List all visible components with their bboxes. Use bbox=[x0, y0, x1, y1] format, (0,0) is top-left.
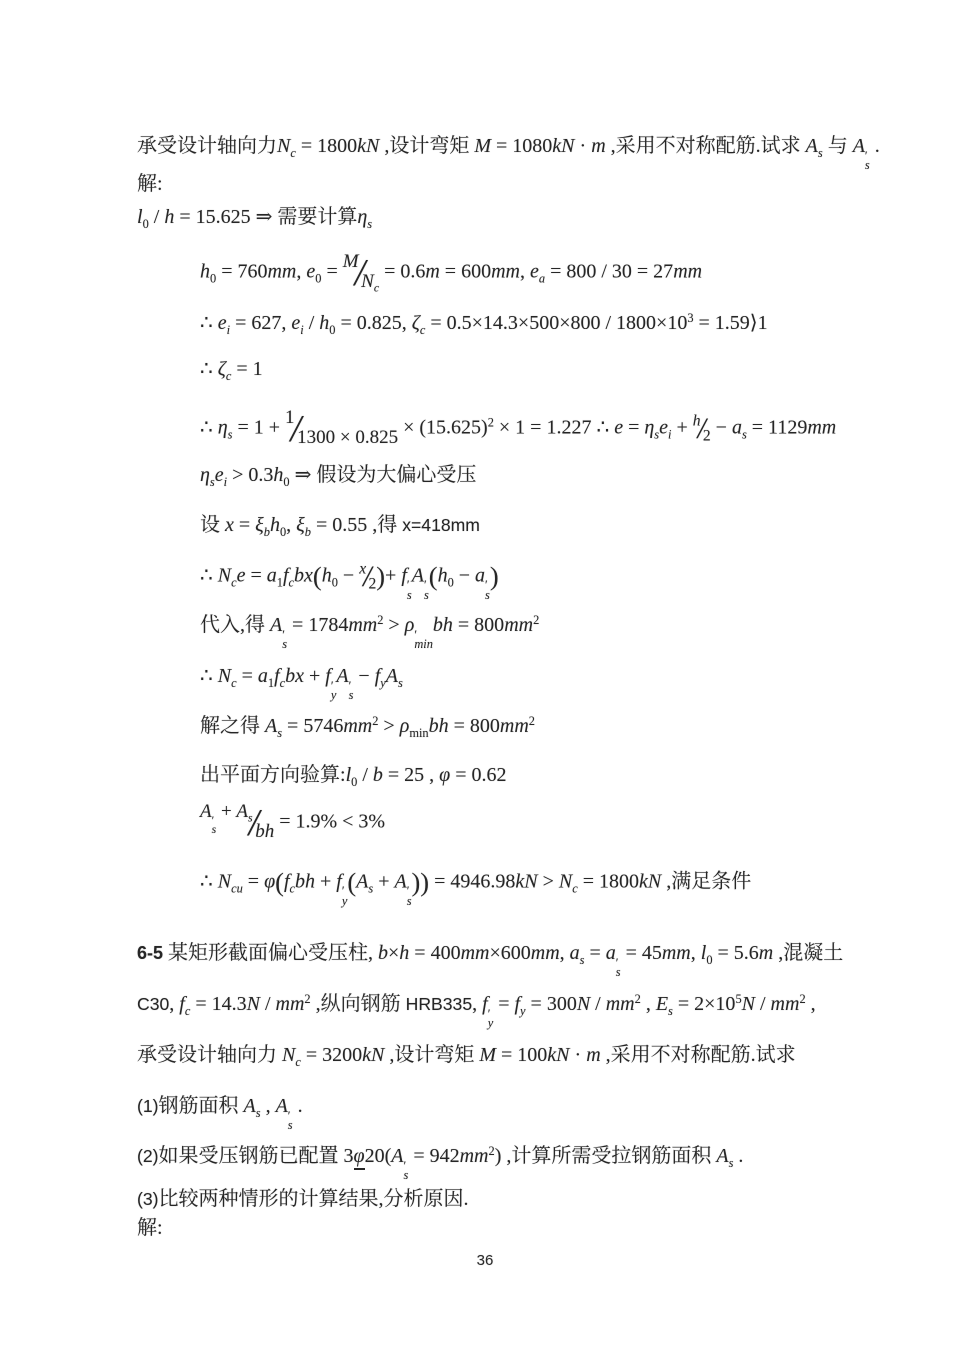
ei-and-zeta-c: ∴ ei = 627, ei / h0 = 0.825, ζc = 0.5×14… bbox=[200, 311, 768, 338]
zeta-c-equals-1: ∴ ζc = 1 bbox=[200, 357, 263, 384]
document-body: 承受设计轴向力Nc = 1800kN ,设计弯矩 M = 1080kN · m … bbox=[137, 0, 937, 1371]
as-result: 解之得 As = 5746mm2 > ρminbh = 800mm2 bbox=[200, 714, 535, 741]
as-prime-result: 代入,得 A′s = 1784mm2 > ρ′minbh = 800mm2 bbox=[200, 613, 539, 650]
fraction: 1/1300 × 0.825 bbox=[285, 406, 398, 454]
fraction: h/2 bbox=[693, 410, 711, 448]
page-number: 36 bbox=[0, 1252, 970, 1269]
eccentricity-values: h0 = 760mm, e0 = M/Nc = 0.6m = 600mm, ea… bbox=[200, 250, 702, 298]
problem-6-4-statement-cont: 承受设计轴向力Nc = 1800kN ,设计弯矩 M = 1080kN · m … bbox=[137, 134, 880, 171]
sup-sub-stack: ′min bbox=[414, 631, 433, 650]
moment-equilibrium-equation: ∴ Nce = a1fcbx(h0 − x/2)+ f′sA′s(h0 − a′… bbox=[200, 558, 499, 601]
fraction: A′s + As/bh bbox=[200, 800, 274, 848]
question-2: (2)如果受压钢筋已配置 3φ20(A′s = 942mm2) ,计算所需受拉钢… bbox=[137, 1144, 743, 1181]
problem-6-5-statement-line3: 承受设计轴向力 Nc = 3200kN ,设计弯矩 M = 100kN · m … bbox=[137, 1043, 796, 1070]
problem-6-5-statement-line1: 6-5 某矩形截面偏心受压柱, b×h = 400mm×600mm, as = … bbox=[137, 941, 843, 978]
question-1: (1)钢筋面积 As , A′s . bbox=[137, 1094, 303, 1131]
force-equilibrium-equation: ∴ Nc = a1fcbx + f′yA′s − fyAs bbox=[200, 664, 403, 701]
question-3: (3)比较两种情形的计算结果,分析原因. bbox=[137, 1187, 469, 1212]
set-x-xi-b: 设 x = ξbh0, ξb = 0.55 ,得 x=418mm bbox=[200, 513, 480, 540]
fraction: M/Nc bbox=[343, 250, 379, 298]
reinforcement-ratio-check: A′s + As/bh = 1.9% < 3% bbox=[200, 800, 385, 848]
fraction: x/2 bbox=[359, 558, 376, 596]
eta-s-and-e: ∴ ηs = 1 + 1/1300 × 0.825 × (15.625)2 × … bbox=[200, 406, 836, 454]
document-page: 承受设计轴向力Nc = 1800kN ,设计弯矩 M = 1080kN · m … bbox=[0, 0, 970, 1371]
solution-label-6-5: 解: bbox=[137, 1216, 163, 1241]
solution-label-6-4: 解: bbox=[137, 172, 163, 197]
large-eccentricity-assumption: ηsei > 0.3h0 ⇒ 假设为大偏心受压 bbox=[200, 463, 476, 490]
out-of-plane-check: 出平面方向验算:l0 / b = 25 , φ = 0.62 bbox=[200, 763, 507, 790]
capacity-check: ∴ Ncu = φ(fcbh + f′y(As + A′s)) = 4946.9… bbox=[200, 866, 751, 907]
problem-6-5-statement-line2: C30, fc = 14.3N / mm2 ,纵向钢筋 HRB335, f′y … bbox=[137, 992, 816, 1029]
slenderness-check: l0 / h = 15.625 ⇒ 需要计算ηs bbox=[137, 205, 372, 232]
